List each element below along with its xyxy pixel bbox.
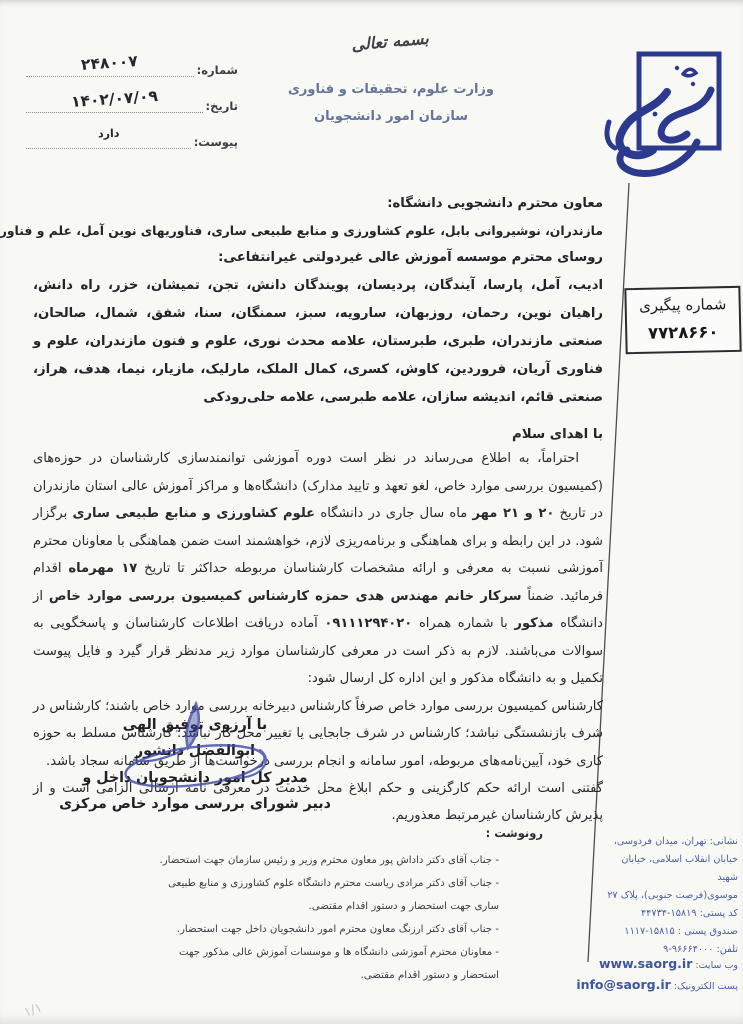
signatory-title-2: دبیر شورای بررسی موارد خاص مرکزی: [52, 791, 338, 817]
web-contact-block: وب سایت: www.saorg.ir پست الکترونیک: inf…: [556, 953, 738, 996]
signature-block: با آرزوی توفیق الهی ابوالفضل دانشور مدیر…: [52, 712, 338, 817]
email-label: پست الکترونیک:: [674, 981, 738, 992]
date-field: تاریخ: ۱۴۰۲/۰۷/۰۹: [26, 94, 238, 113]
cc-list: - جناب آقای دکتر داداش پور معاون محترم و…: [143, 850, 543, 988]
attachment-dotted-line: دارد: [26, 130, 191, 149]
contact-address-block: نشانی: تهران، میدان فردوسی،خیابان انقلاب…: [598, 833, 738, 959]
website-url: www.saorg.ir: [599, 956, 692, 971]
cc-label: رونوشت :: [143, 826, 543, 840]
cc-item: - جناب آقای دکتر مرادی ریاست محترم دانشگ…: [143, 873, 499, 919]
contact-address-line: خیابان انقلاب اسلامی، خیابان شهید: [598, 851, 738, 887]
contact-address-line: کد پستی: ۱۵۸۱۹-۴۴۷۳۴: [598, 905, 738, 923]
universities-list: مازندران، نوشیروانی بابل، علوم کشاورزی و…: [33, 218, 603, 244]
signature-greeting: با آرزوی توفیق الهی: [52, 712, 338, 738]
attachment-label: پیوست:: [191, 135, 238, 149]
contact-address-line: موسوی(فرصت جنوبی)، پلاک ۲۷: [598, 887, 738, 905]
tracking-label: شماره پیگیری: [629, 295, 737, 315]
besmellah-calligraphy: بسمه تعالی: [309, 25, 470, 58]
organization-name: سازمان امور دانشجویان: [248, 103, 534, 130]
signatory-name: ابوالفضل دانشور: [52, 738, 338, 764]
date-value: ۱۴۰۲/۰۷/۰۹: [70, 87, 158, 111]
letter-meta-block: شماره: ۲۴۸۰۰۷ تاریخ: ۱۴۰۲/۰۷/۰۹ پیوست: د…: [26, 58, 238, 166]
tracking-number: ۷۷۲۸۶۶۰: [629, 322, 737, 343]
number-field: شماره: ۲۴۸۰۰۷: [26, 58, 238, 77]
website-row: وب سایت: www.saorg.ir: [556, 953, 738, 974]
cc-block: رونوشت : - جناب آقای دکتر داداش پور معاو…: [143, 826, 543, 988]
email-address: info@saorg.ir: [576, 977, 670, 992]
page-number: ۱/۱: [22, 1000, 44, 1020]
contact-address-line: صندوق پستی : ۱۵۸۱۵-۱۱۱۷: [598, 923, 738, 941]
date-label: تاریخ:: [203, 99, 238, 113]
cc-item: - معاونان محترم آموزشی دانشگاه ها و موسس…: [143, 942, 499, 988]
letterhead: وزارت علوم، تحقیقات و فناوری سازمان امور…: [248, 76, 534, 131]
recipients-block: معاون محترم دانشجویی دانشگاه: مازندران، …: [33, 190, 603, 412]
number-dotted-line: ۲۴۸۰۰۷: [26, 58, 194, 77]
salutation: با اهدای سلام: [33, 427, 603, 442]
ministry-name: وزارت علوم، تحقیقات و فناوری: [248, 76, 534, 103]
scanned-letter-page: شماره: ۲۴۸۰۰۷ تاریخ: ۱۴۰۲/۰۷/۰۹ پیوست: د…: [0, 0, 743, 1024]
recipients-heading-institutes: روسای محترم موسسه آموزش عالی غیردولتی غی…: [33, 244, 603, 272]
website-label: وب سایت:: [695, 960, 738, 971]
email-row: پست الکترونیک: info@saorg.ir: [556, 974, 738, 995]
attachment-value: دارد: [97, 127, 119, 141]
recipients-heading-universities: معاون محترم دانشجویی دانشگاه:: [33, 190, 603, 218]
number-label: شماره:: [194, 63, 238, 77]
date-dotted-line: ۱۴۰۲/۰۷/۰۹: [26, 94, 203, 113]
institutes-list: ادیب، آمل، پارسا، آیندگان، پردیسان، پوین…: [33, 272, 603, 412]
body-paragraph-1: احتراماً، به اطلاع می‌رساند در نظر است د…: [33, 445, 603, 692]
signatory-title-1: مدیر کل امور دانشجویان داخل و: [52, 765, 338, 791]
contact-address-line: نشانی: تهران، میدان فردوسی،: [598, 833, 738, 851]
cc-item: - جناب آقای دکتر داداش پور معاون محترم و…: [143, 850, 499, 873]
number-value: ۲۴۸۰۰۷: [81, 52, 139, 74]
saorg-logo-icon: [597, 50, 725, 194]
attachment-field: پیوست: دارد: [26, 130, 238, 149]
cc-item: - جناب آقای دکتر ارزنگ معاون محترم امور …: [143, 919, 499, 942]
tracking-number-box: شماره پیگیری ۷۷۲۸۶۶۰: [624, 286, 741, 354]
